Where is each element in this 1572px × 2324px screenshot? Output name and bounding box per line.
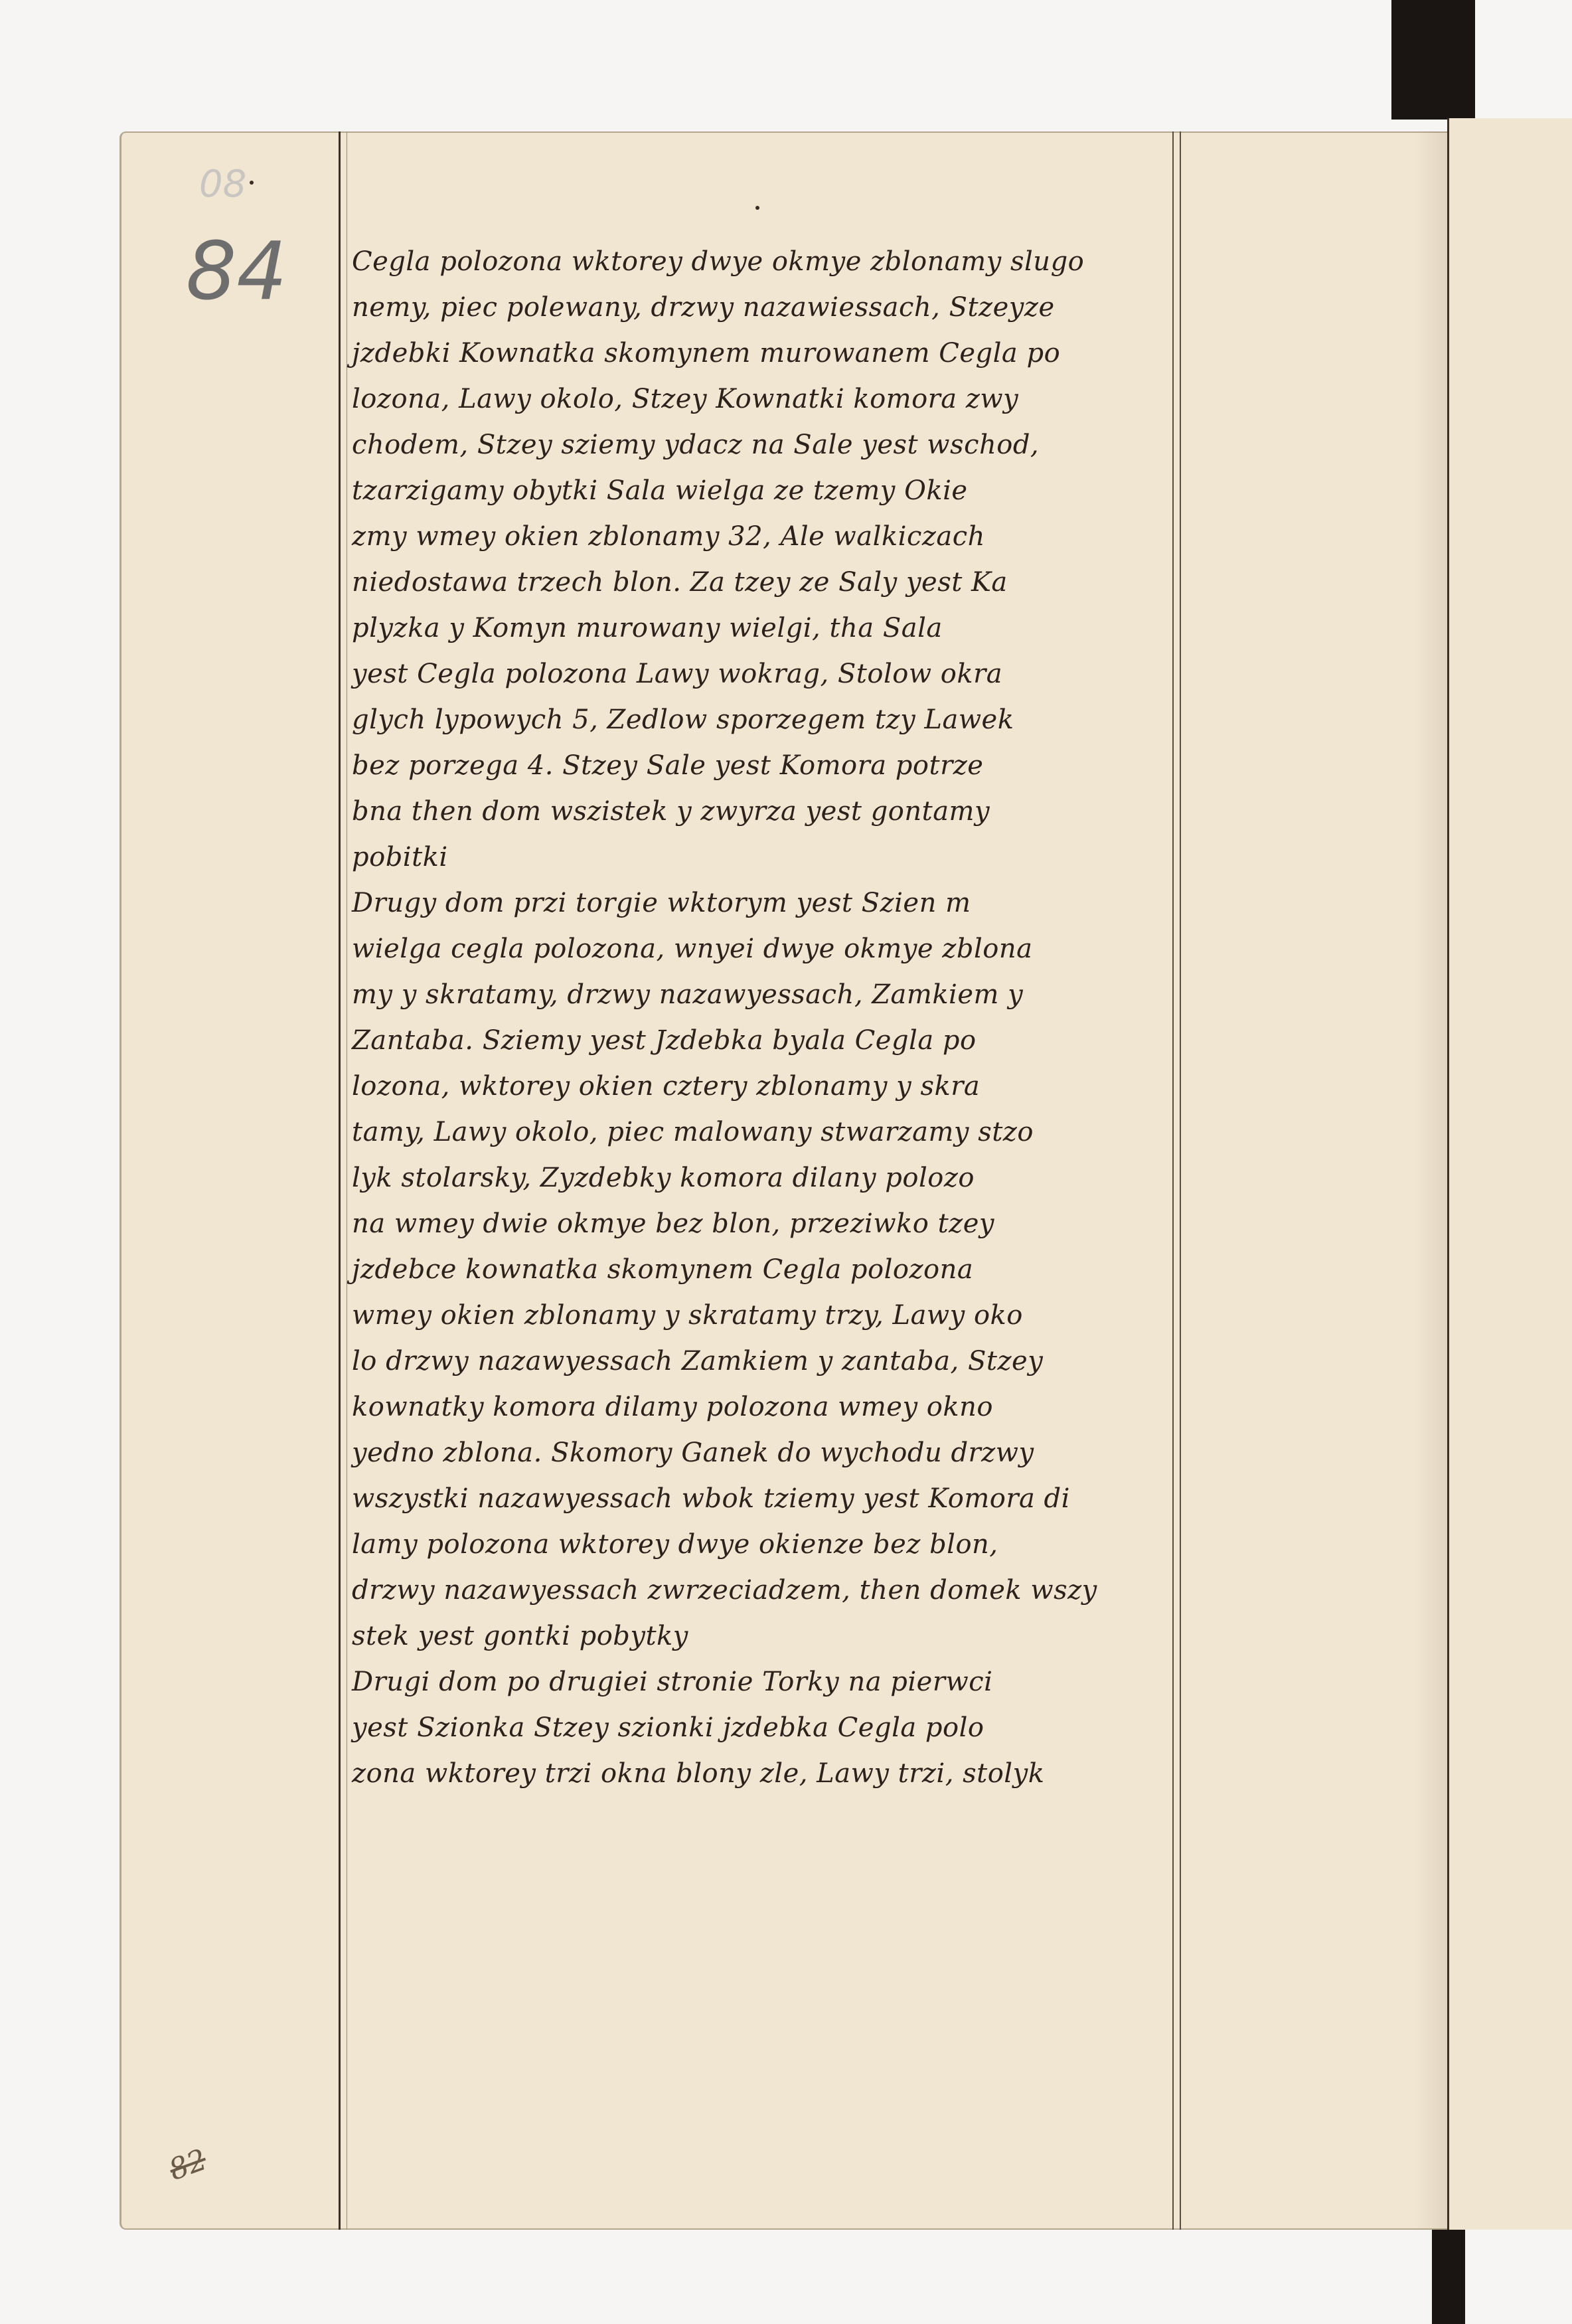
text-line: wmey okien zblonamy y skratamy trzy, Law… xyxy=(352,1293,1178,1339)
spine-shadow xyxy=(1414,131,1447,2230)
text-line: wielga cegla polozona, wnyei dwye okmye … xyxy=(352,926,1178,972)
text-line: yest Szionka Stzey szionki jzdebka Cegla… xyxy=(352,1705,1178,1751)
ink-spot xyxy=(250,181,254,185)
text-line: tamy, Lawy okolo, piec malowany stwarzam… xyxy=(352,1110,1178,1155)
text-line: yedno zblona. Skomory Ganek do wychodu d… xyxy=(352,1430,1178,1476)
text-line: bez porzega 4. Stzey Sale yest Komora po… xyxy=(352,743,1178,789)
faint-folio-number: 08 xyxy=(199,163,246,206)
left-margin-rule-faint xyxy=(347,131,347,2230)
text-line: chodem, Stzey sziemy ydacz na Sale yest … xyxy=(352,422,1178,468)
text-line: plyzka y Komyn murowany wielgi, tha Sala xyxy=(352,606,1178,651)
text-line: lamy polozona wktorey dwye okienze bez b… xyxy=(352,1522,1178,1568)
folio-number: 84 xyxy=(186,226,287,318)
text-line: bna then dom wszistek y zwyrza yest gont… xyxy=(352,789,1178,835)
text-line: na wmey dwie okmye bez blon, przeziwko t… xyxy=(352,1201,1178,1247)
text-line: lo drzwy nazawyessach Zamkiem y zantaba,… xyxy=(352,1339,1178,1384)
text-line: zmy wmey okien zblonamy 32, Ale walkicza… xyxy=(352,514,1178,560)
right-margin-rule-outer xyxy=(1180,131,1181,2230)
manuscript-text: Cegla polozona wktorey dwye okmye zblona… xyxy=(352,239,1178,1797)
text-line: lyk stolarsky, Zyzdebky komora dilany po… xyxy=(352,1155,1178,1201)
text-line: jzdebki Kownatka skomynem murowanem Cegl… xyxy=(352,331,1178,376)
text-line: zona wktorey trzi okna blony zle, Lawy t… xyxy=(352,1751,1178,1797)
text-line: drzwy nazawyessach zwrzeciadzem, then do… xyxy=(352,1568,1178,1614)
text-line: kownatky komora dilamy polozona wmey okn… xyxy=(352,1384,1178,1430)
text-line: lozona, wktorey okien cztery zblonamy y … xyxy=(352,1064,1178,1110)
text-line: wszystki nazawyessach wbok tziemy yest K… xyxy=(352,1476,1178,1522)
text-line: Zantaba. Sziemy yest Jzdebka byala Cegla… xyxy=(352,1018,1178,1064)
text-line: Cegla polozona wktorey dwye okmye zblona… xyxy=(352,239,1178,285)
text-line: jzdebce kownatka skomynem Cegla polozona xyxy=(352,1247,1178,1293)
bookmark-ribbon-top xyxy=(1391,0,1475,120)
text-line: tzarzigamy obytki Sala wielga ze tzemy O… xyxy=(352,468,1178,514)
ink-spot xyxy=(755,206,759,210)
left-margin-rule xyxy=(339,131,341,2230)
text-line: my y skratamy, drzwy nazawyessach, Zamki… xyxy=(352,972,1178,1018)
text-line: yest Cegla polozona Lawy wokrag, Stolow … xyxy=(352,651,1178,697)
paragraph-start-line: Drugy dom przi torgie wktorym yest Szien… xyxy=(352,880,1178,926)
paragraph-start-line: Drugi dom po drugiei stronie Torky na pi… xyxy=(352,1659,1178,1705)
text-line: nemy, piec polewany, drzwy nazawiessach,… xyxy=(352,285,1178,331)
text-line: stek yest gontki pobytky xyxy=(352,1614,1178,1659)
text-line: niedostawa trzech blon. Za tzey ze Saly … xyxy=(352,560,1178,606)
facing-page-edge xyxy=(1447,118,1572,2230)
bookmark-ribbon-bottom xyxy=(1432,2228,1465,2324)
text-line: glych lypowych 5, Zedlow sporzegem tzy L… xyxy=(352,697,1178,743)
text-line: lozona, Lawy okolo, Stzey Kownatki komor… xyxy=(352,376,1178,422)
text-line: pobitki xyxy=(352,835,1178,880)
